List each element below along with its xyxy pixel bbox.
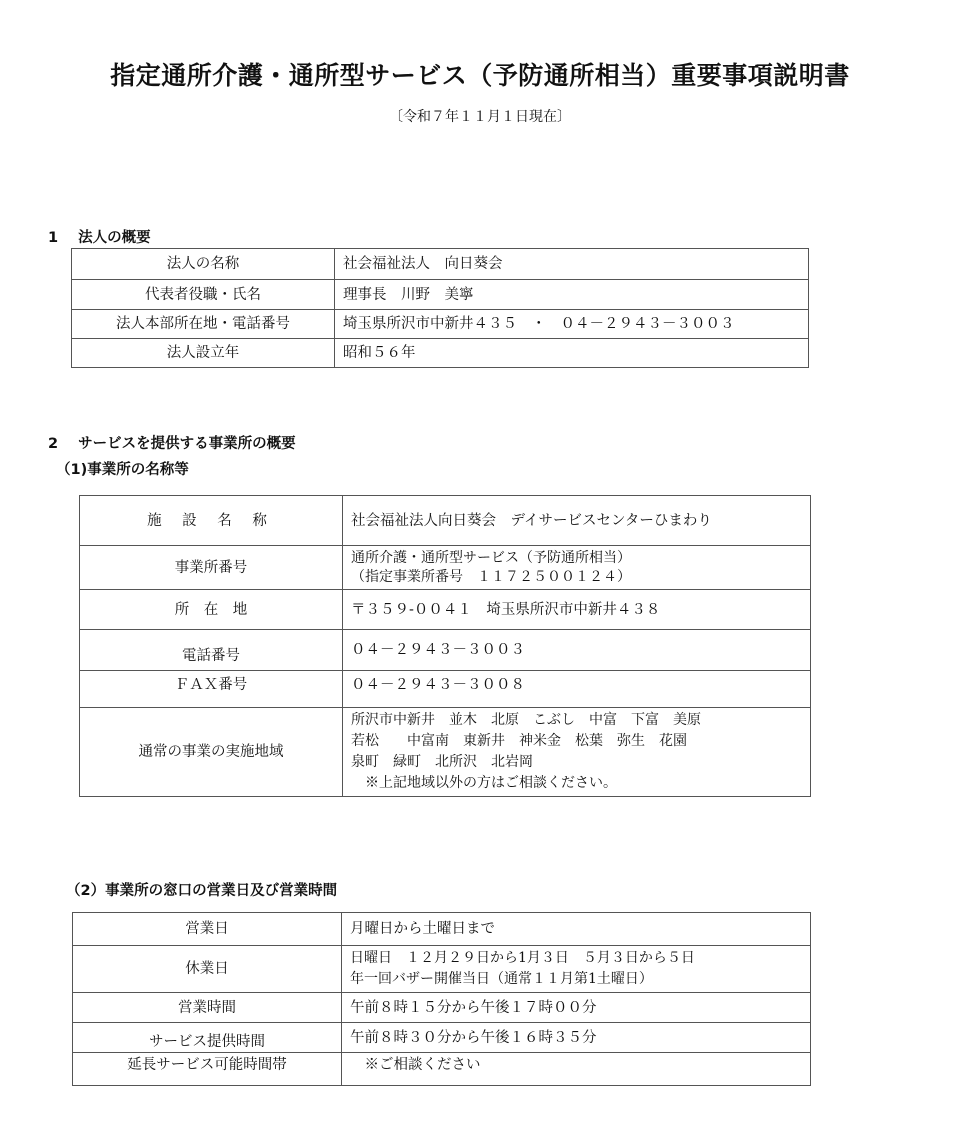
value-line: （指定事業所番号 １１７２５００１２４） — [351, 568, 802, 587]
row-value: 通所介護・通所型サービス（予防通所相当） （指定事業所番号 １１７２５００１２４… — [343, 546, 811, 590]
table-row: 施 設 名 称 社会福祉法人向日葵会 デイサービスセンターひまわり — [80, 496, 811, 546]
row-label: 法人の名称 — [72, 249, 335, 280]
section1-number: 1 — [48, 230, 58, 246]
row-value: 埼玉県所沢市中新井４３５ ・ ０４－２９４３－３００３ — [335, 310, 809, 339]
value-line: 社会福祉法人向日葵会 デイサービスセンターひまわり — [351, 511, 802, 531]
row-value: 所沢市中新井 並木 北原 こぶし 中富 下富 美原 若松 中富南 東新井 神米金… — [343, 708, 811, 797]
section1-heading: 1法人の概要 — [48, 226, 151, 247]
table-row: サービス提供時間 午前８時３０分から午後１６時３５分 — [73, 1023, 811, 1053]
row-label: ＦＡＸ番号 — [80, 671, 343, 708]
row-value: ０４－２９４３－３００３ — [343, 630, 811, 671]
office-info-table: 施 設 名 称 社会福祉法人向日葵会 デイサービスセンターひまわり 事業所番号 … — [79, 495, 811, 797]
value-line: 泉町 緑町 北所沢 北岩岡 — [351, 752, 802, 773]
table-row: 法人設立年 昭和５６年 — [72, 339, 809, 368]
value-line: 午前８時３０分から午後１６時３５分 — [350, 1028, 802, 1048]
row-label: 営業日 — [73, 913, 342, 946]
value-line: 月曜日から土曜日まで — [350, 919, 802, 939]
table-row: 電話番号 ０４－２９４３－３００３ — [80, 630, 811, 671]
section2-title: サービスを提供する事業所の概要 — [78, 436, 296, 452]
value-line: ※上記地域以外の方はご相談ください。 — [351, 773, 802, 794]
row-value: 午前８時１５分から午後１７時００分 — [342, 993, 811, 1023]
row-value: 昭和５６年 — [335, 339, 809, 368]
value-line: 午前８時１５分から午後１７時００分 — [350, 998, 802, 1018]
row-label: 所 在 地 — [80, 590, 343, 630]
row-label: 法人設立年 — [72, 339, 335, 368]
value-line: 日曜日 １２月２９日から1月３日 ５月３日から５日 — [350, 948, 802, 969]
table-row: 通常の事業の実施地域 所沢市中新井 並木 北原 こぶし 中富 下富 美原 若松 … — [80, 708, 811, 797]
row-value: 午前８時３０分から午後１６時３５分 — [342, 1023, 811, 1053]
row-value: 理事長 川野 美寧 — [335, 280, 809, 310]
row-label: 営業時間 — [73, 993, 342, 1023]
row-value: 〒３５９-００４１ 埼玉県所沢市中新井４３８ — [343, 590, 811, 630]
table-row: 延長サービス可能時間帯 ※ご相談ください — [73, 1053, 811, 1086]
row-label: 休業日 — [73, 946, 342, 993]
value-line: 若松 中富南 東新井 神米金 松葉 弥生 花園 — [351, 731, 802, 752]
row-label: 法人本部所在地・電話番号 — [72, 310, 335, 339]
section1-title: 法人の概要 — [78, 230, 151, 246]
table-row: 代表者役職・氏名 理事長 川野 美寧 — [72, 280, 809, 310]
table-row: 事業所番号 通所介護・通所型サービス（予防通所相当） （指定事業所番号 １１７２… — [80, 546, 811, 590]
row-value: 社会福祉法人向日葵会 デイサービスセンターひまわり — [343, 496, 811, 546]
as-of-date: 〔令和７年１１月１日現在〕 — [0, 106, 960, 126]
row-label: 施 設 名 称 — [80, 496, 343, 546]
section2-number: 2 — [48, 436, 58, 452]
row-value: 月曜日から土曜日まで — [342, 913, 811, 946]
document-title: 指定通所介護・通所型サービス（予防通所相当）重要事項説明書 — [0, 56, 960, 92]
row-label: 代表者役職・氏名 — [72, 280, 335, 310]
row-label: 電話番号 — [80, 630, 343, 671]
value-line: 通所介護・通所型サービス（予防通所相当） — [351, 549, 802, 568]
table-row: 所 在 地 〒３５９-００４１ 埼玉県所沢市中新井４３８ — [80, 590, 811, 630]
row-label: 事業所番号 — [80, 546, 343, 590]
value-line: ※ご相談ください — [350, 1055, 802, 1075]
row-label: サービス提供時間 — [73, 1023, 342, 1053]
table-row: 休業日 日曜日 １２月２９日から1月３日 ５月３日から５日 年一回バザー開催当日… — [73, 946, 811, 993]
table-row: 法人本部所在地・電話番号 埼玉県所沢市中新井４３５ ・ ０４－２９４３－３００３ — [72, 310, 809, 339]
corporation-overview-table: 法人の名称 社会福祉法人 向日葵会 代表者役職・氏名 理事長 川野 美寧 法人本… — [71, 248, 809, 368]
table-row: ＦＡＸ番号 ０４－２９４３－３００８ — [80, 671, 811, 708]
row-value: ０４－２９４３－３００８ — [343, 671, 811, 708]
subsection1-heading: （1)事業所の名称等 — [56, 458, 189, 479]
section2-heading: 2サービスを提供する事業所の概要 — [48, 432, 296, 453]
value-line: 年一回バザー開催当日（通常１１月第1土曜日） — [350, 969, 802, 990]
row-value: 日曜日 １２月２９日から1月３日 ５月３日から５日 年一回バザー開催当日（通常１… — [342, 946, 811, 993]
subsection2-heading: （2）事業所の窓口の営業日及び営業時間 — [66, 879, 337, 900]
business-hours-table: 営業日 月曜日から土曜日まで 休業日 日曜日 １２月２９日から1月３日 ５月３日… — [72, 912, 811, 1086]
value-line: 所沢市中新井 並木 北原 こぶし 中富 下富 美原 — [351, 710, 802, 731]
value-line: 〒３５９-００４１ 埼玉県所沢市中新井４３８ — [351, 600, 802, 620]
table-row: 法人の名称 社会福祉法人 向日葵会 — [72, 249, 809, 280]
table-row: 営業時間 午前８時１５分から午後１７時００分 — [73, 993, 811, 1023]
row-label: 延長サービス可能時間帯 — [73, 1053, 342, 1086]
row-value: ※ご相談ください — [342, 1053, 811, 1086]
row-value: 社会福祉法人 向日葵会 — [335, 249, 809, 280]
value-line: ０４－２９４３－３００８ — [351, 675, 802, 695]
row-label: 通常の事業の実施地域 — [80, 708, 343, 797]
value-line: ０４－２９４３－３００３ — [351, 640, 802, 660]
table-row: 営業日 月曜日から土曜日まで — [73, 913, 811, 946]
